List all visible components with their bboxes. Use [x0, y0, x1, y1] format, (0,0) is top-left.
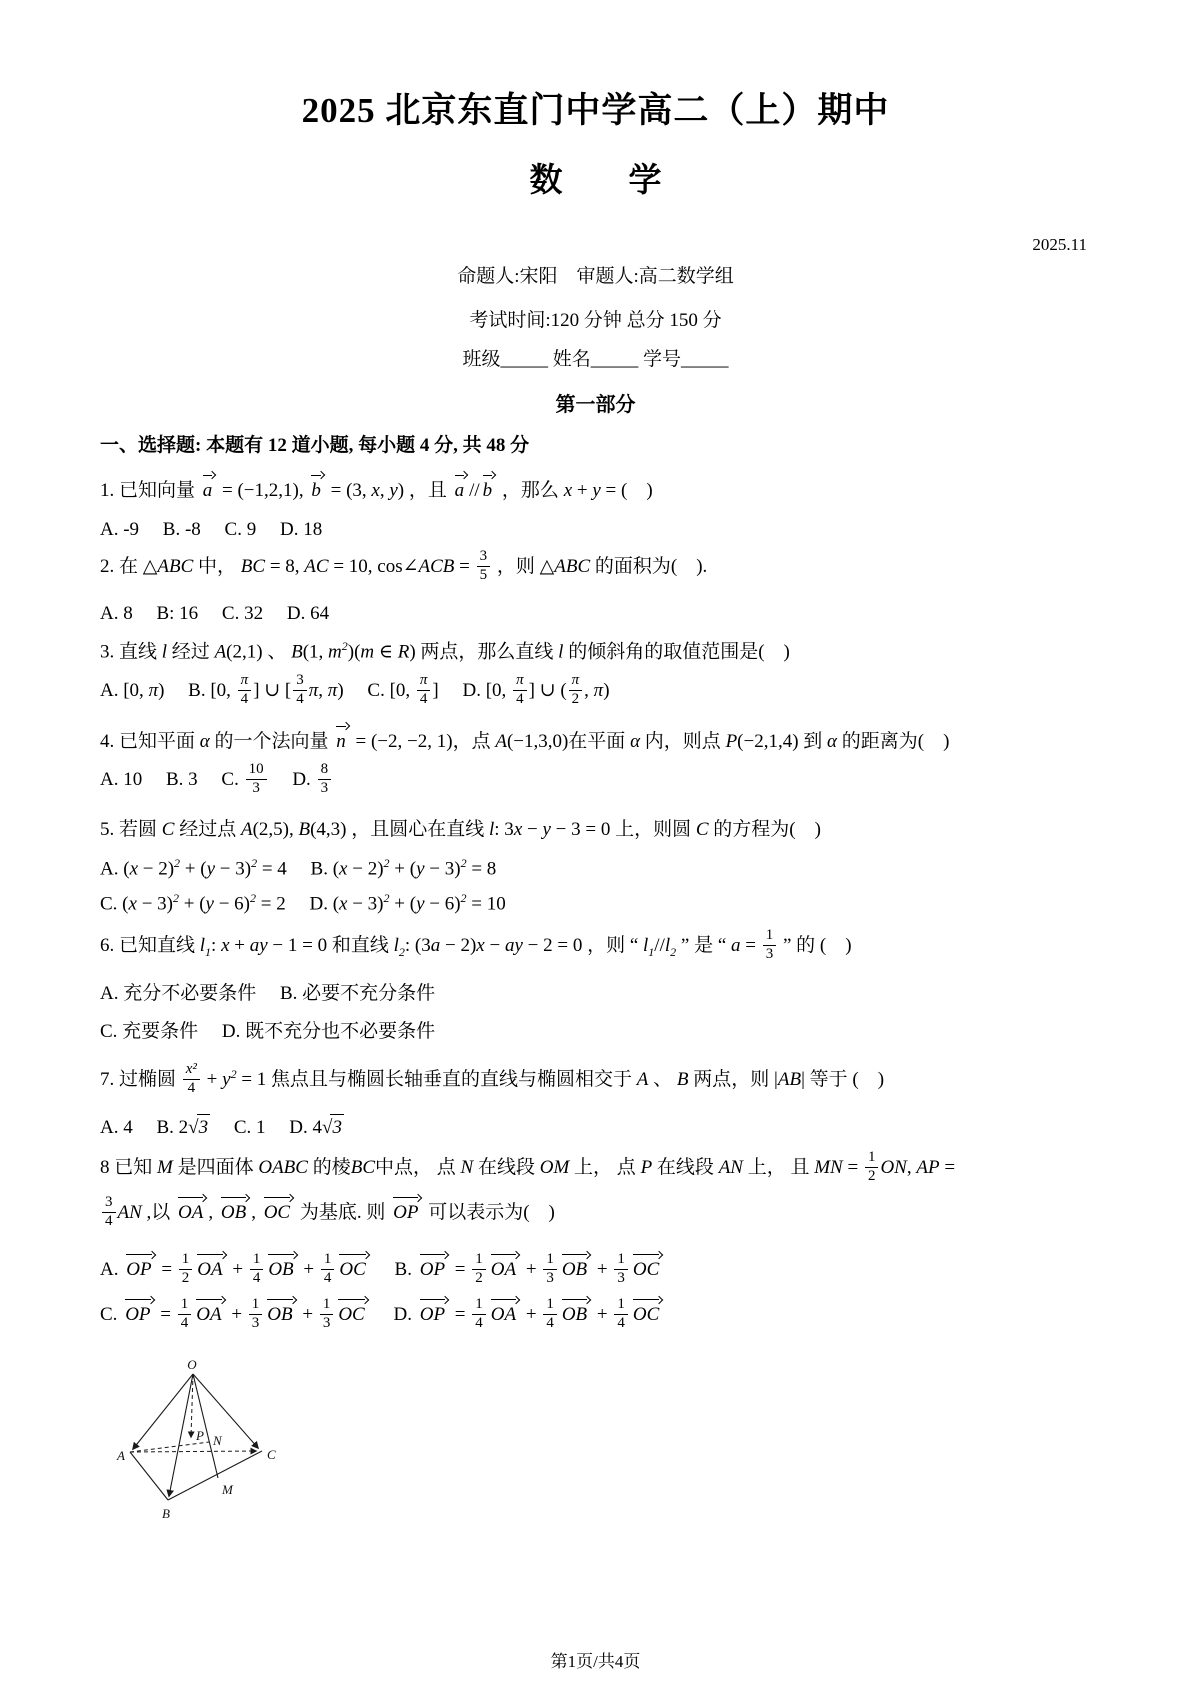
section-one-heading: 一、选择题: 本题有 12 道小题, 每小题 4 分, 共 48 分 [100, 433, 529, 460]
vertex-label-a: A [116, 1448, 125, 1463]
part-one-heading: 第一部分 [0, 391, 1191, 419]
question-5-stem: 5. 若圆 C 经过点 A(2,5), B(4,3) ，且圆心在直线 l: 3x… [100, 817, 821, 844]
question-8-stem-line1: 8 已知 M 是四面体 OABC 的棱BC中点， 点 N 在线段 OM 上， 点… [100, 1151, 955, 1187]
question-8-stem-line2: 34AN ,以 OA, OB, OC 为基底. 则 OP 可以表示为( ) [100, 1196, 555, 1232]
question-5-options-cd: C. (x − 3)2 + (y − 6)2 = 2 D. (x − 3)2 +… [100, 890, 506, 918]
tetrahedron-figure: O A C B M N P [100, 1348, 290, 1528]
question-3-stem: 3. 直线 l 经过 A(2,1) 、 B(1, m2)(m ∈ R) 两点，那… [100, 638, 790, 666]
question-8-options-cd: C. OP = 14OA + 13OB + 13OC D. OP = 14OA … [100, 1298, 664, 1334]
question-7-stem: 7. 过椭圆 x²4 + y2 = 1 焦点且与椭圆长轴垂直的直线与椭圆相交于 … [100, 1063, 884, 1099]
question-6-options-cd: C. 充要条件 D. 既不充分也不必要条件 [100, 1019, 435, 1046]
vertex-label-n: N [212, 1433, 223, 1448]
exam-paper-page: 2025 北京东直门中学高二（上）期中 数 学 2025.11 命题人:宋阳 审… [0, 0, 1191, 1684]
vertex-label-b: B [162, 1506, 170, 1521]
exam-date: 2025.11 [1032, 233, 1087, 257]
question-1-options: A. -9 B. -8 C. 9 D. 18 [100, 517, 322, 544]
vertex-label-p: P [195, 1428, 204, 1443]
figure-dashed-edges [130, 1374, 256, 1452]
vertex-label-m: M [221, 1482, 234, 1497]
question-4-options: A. 10 B. 3 C. 103 D. 83 [100, 763, 333, 799]
question-2-stem: 2. 在 △ABC 中， BC = 8, AC = 10, cos∠ACB = … [100, 550, 707, 586]
vertex-label-o: O [187, 1357, 197, 1372]
question-1-stem: 1. 已知向量 a = (−1,2,1), b = (3, x, y) ，且 a… [100, 475, 653, 505]
page-footer: 第1页/共4页 [0, 1650, 1191, 1674]
student-info-blanks: 班级_____ 姓名_____ 学号_____ [0, 347, 1191, 374]
question-6-stem: 6. 已知直线 l1: x + ay − 1 = 0 和直线 l2: (3a −… [100, 929, 852, 965]
subject-title: 数 学 [0, 158, 1191, 204]
question-8-options-ab: A. OP = 12OA + 14OB + 14OC B. OP = 12OA … [100, 1253, 664, 1289]
question-2-options: A. 8 B: 16 C. 32 D. 64 [100, 601, 329, 628]
question-6-options-ab: A. 充分不必要条件 B. 必要不充分条件 [100, 981, 435, 1008]
vertex-label-c: C [267, 1447, 276, 1462]
exam-authors: 命题人:宋阳 审题人:高二数学组 [0, 264, 1191, 291]
exam-title: 2025 北京东直门中学高二（上）期中 [0, 86, 1191, 135]
exam-duration-score: 考试时间:120 分钟 总分 150 分 [0, 308, 1191, 335]
question-5-options-ab: A. (x − 2)2 + (y − 3)2 = 4 B. (x − 2)2 +… [100, 855, 496, 883]
question-4-stem: 4. 已知平面 α 的一个法向量 n = (−2, −2, 1)，点 A(−1,… [100, 726, 949, 756]
question-7-options: A. 4 B. 2√3 C. 1 D. 4√3 [100, 1114, 344, 1142]
question-3-options: A. [0, π) B. [0, π4] ∪ [34π, π) C. [0, π… [100, 674, 610, 710]
